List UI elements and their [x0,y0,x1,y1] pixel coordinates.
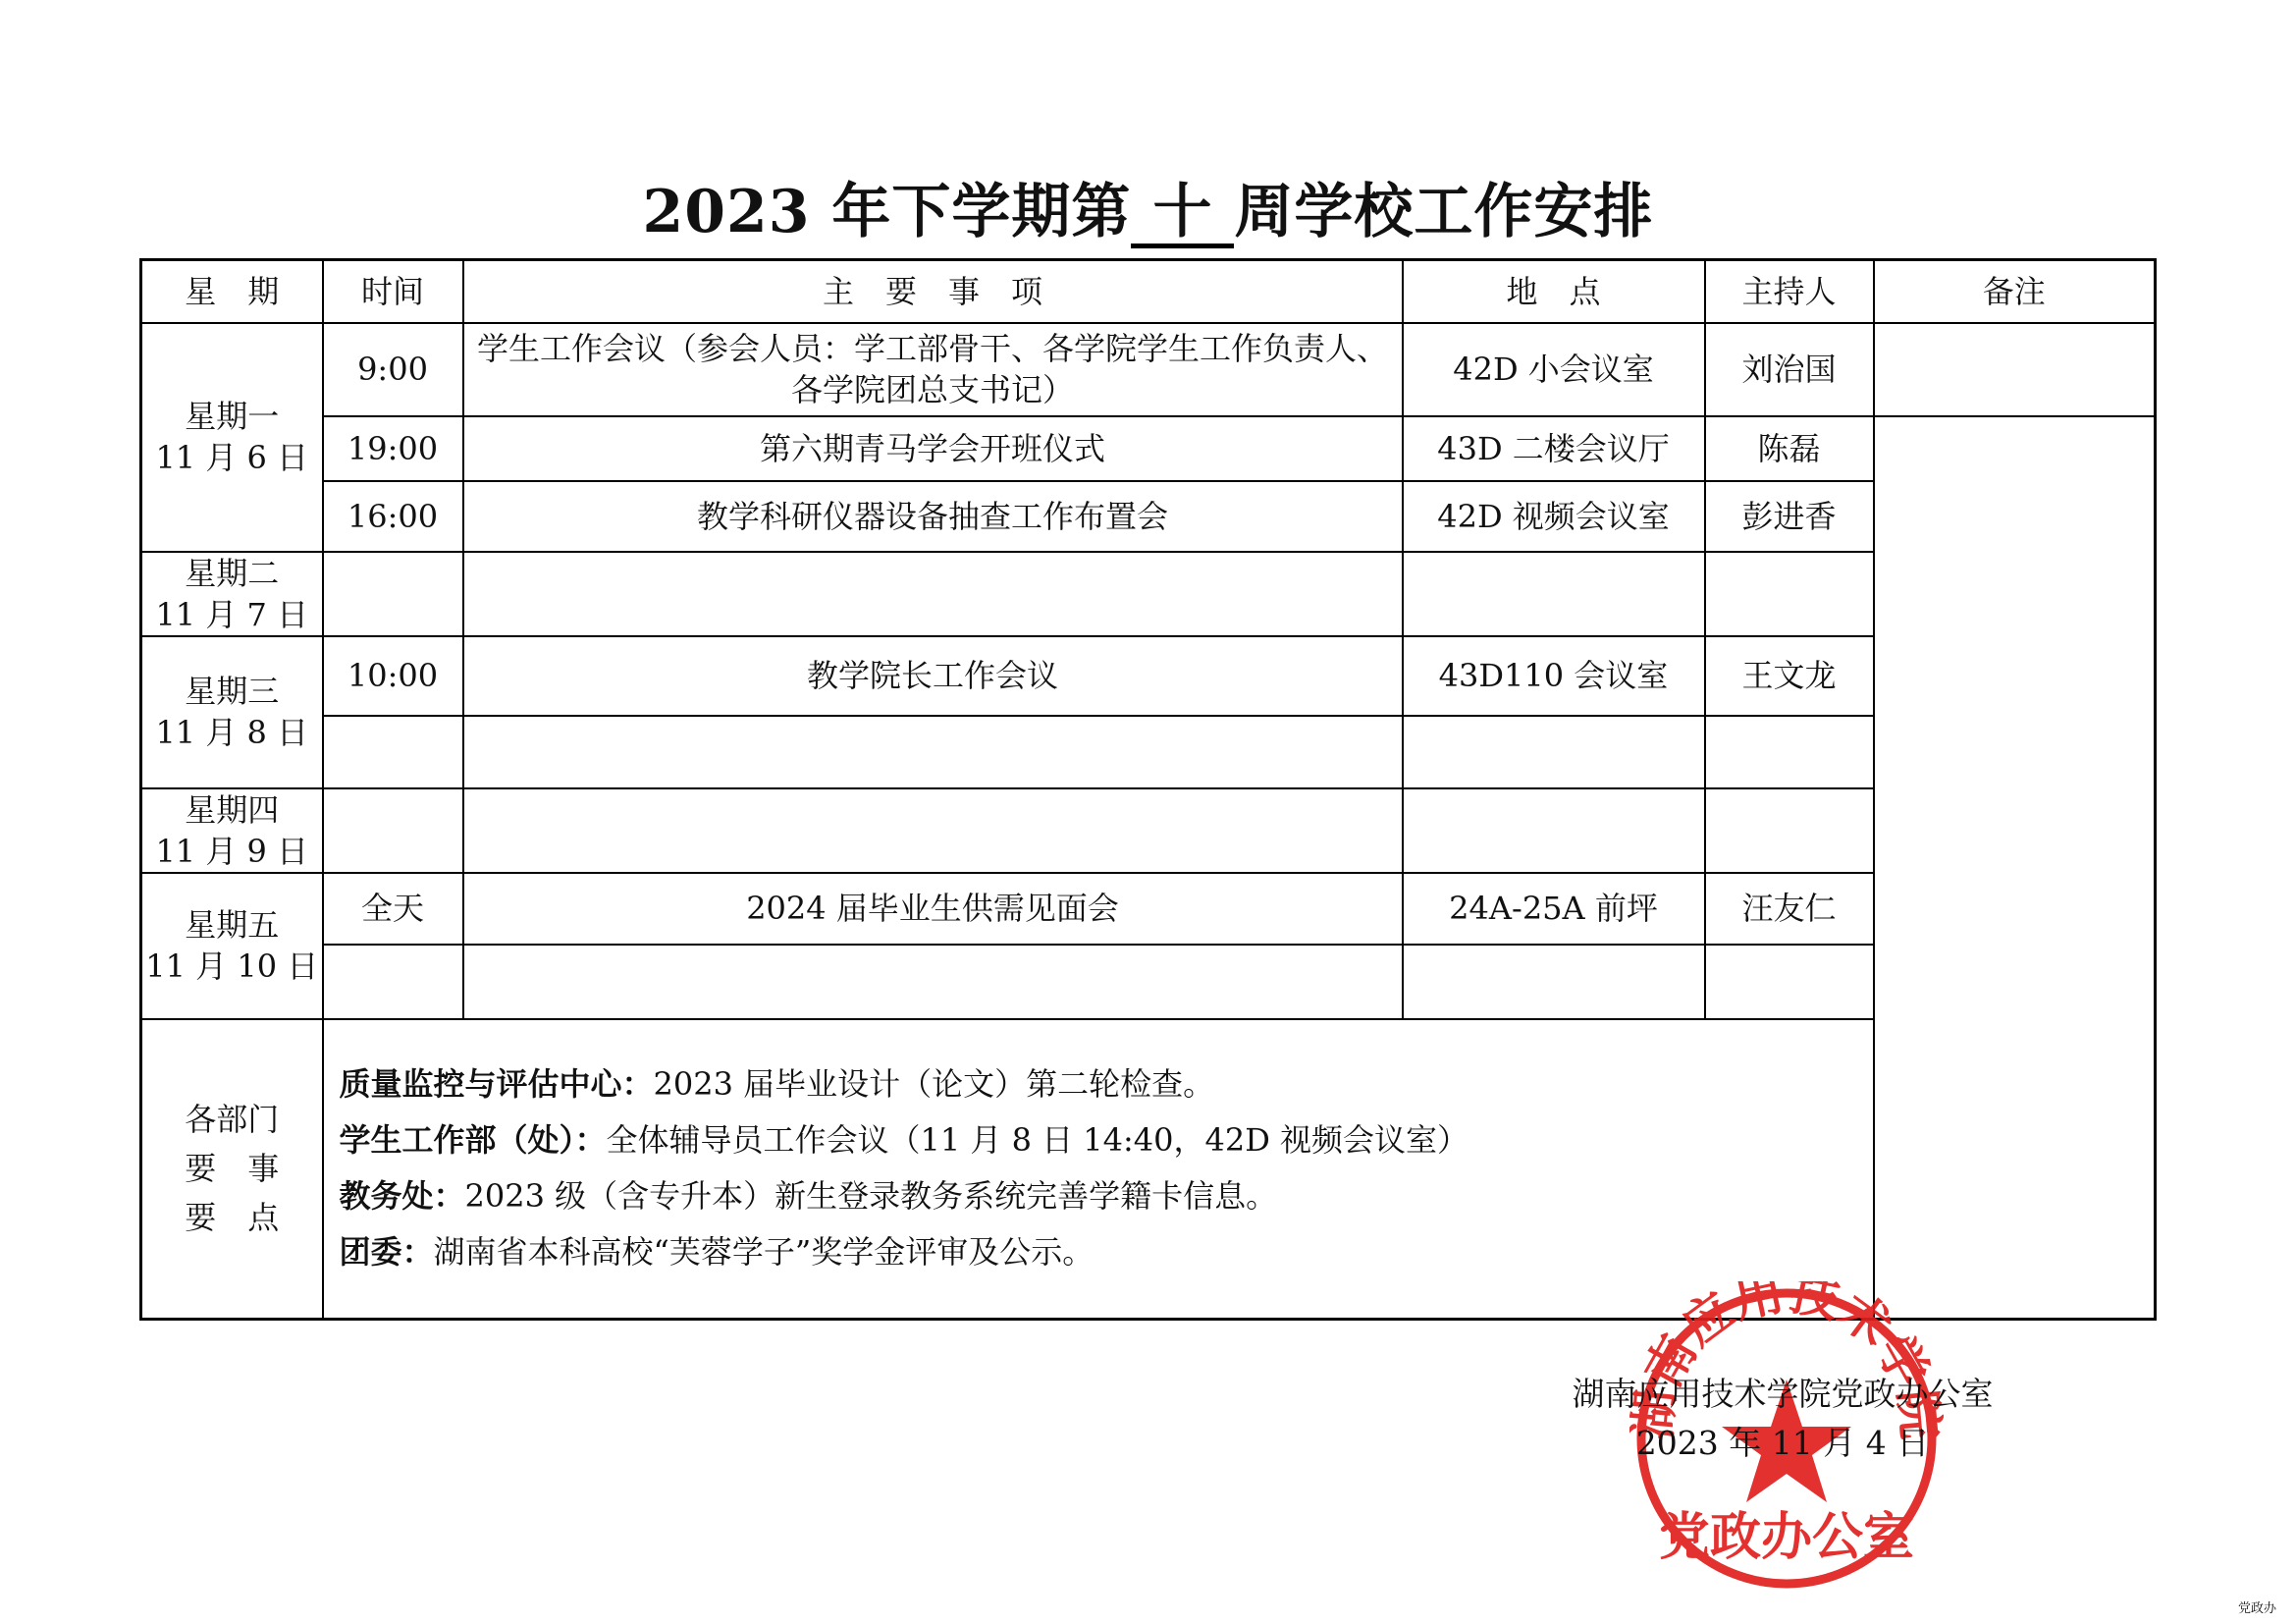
table-row [141,945,2156,1019]
item-cell [463,716,1403,788]
stamp-center-text: 党政办公室 [1659,1508,1914,1567]
time-cell [323,552,463,636]
table-row: 19:00 第六期青马学会开班仪式 43D 二楼会议厅 陈磊 [141,416,2156,481]
time-cell: 19:00 [323,416,463,481]
header-time: 时间 [323,260,463,323]
title-suffix: 周学校工作安排 [1234,178,1653,246]
day-cell-monday: 星期一11 月 6 日 [141,323,323,552]
footer-mark: 党政办 [2238,1597,2276,1616]
header-item: 主 要 事 项 [463,260,1403,323]
host-cell [1705,552,1874,636]
host-cell: 彭进香 [1705,481,1874,552]
header-row: 星 期 时间 主 要 事 项 地 点 主持人 备注 [141,260,2156,323]
location-cell: 42D 小会议室 [1403,323,1705,416]
table-row: 16:00 教学科研仪器设备抽查工作布置会 42D 视频会议室 彭进香 [141,481,2156,552]
time-cell: 全天 [323,873,463,945]
time-cell [323,945,463,1019]
table-row: 星期一11 月 6 日 9:00 学生工作会议（参会人员：学工部骨干、各学院学生… [141,323,2156,416]
notes-row: 各部门 要 事 要 点 质量监控与评估中心：2023 届毕业设计（论文）第二轮检… [141,1019,2156,1320]
host-cell: 王文龙 [1705,636,1874,716]
header-host: 主持人 [1705,260,1874,323]
day-cell-tuesday: 星期二11 月 7 日 [141,552,323,636]
location-cell [1403,788,1705,873]
time-cell: 10:00 [323,636,463,716]
location-cell: 24A-25A 前坪 [1403,873,1705,945]
item-cell: 学生工作会议（参会人员：学工部骨干、各学院学生工作负责人、各学院团总支书记） [463,323,1403,416]
note-line-youth-league: 团委：湖南省本科高校“芙蓉学子”奖学金评审及公示。 [340,1224,2155,1280]
location-cell [1403,552,1705,636]
time-cell: 9:00 [323,323,463,416]
header-note: 备注 [1874,260,2156,323]
day-cell-friday: 星期五11 月 10 日 [141,873,323,1019]
day-cell-thursday: 星期四11 月 9 日 [141,788,323,873]
notes-body: 质量监控与评估中心：2023 届毕业设计（论文）第二轮检查。 学生工作部（处）：… [323,1019,2156,1320]
location-cell: 43D 二楼会议厅 [1403,416,1705,481]
header-location: 地 点 [1403,260,1705,323]
host-cell: 刘治国 [1705,323,1874,416]
title-prefix: 2023 年下学期第 [643,178,1132,246]
item-cell [463,788,1403,873]
time-cell [323,716,463,788]
host-cell [1705,716,1874,788]
note-line-academic-affairs: 教务处：2023 级（含专升本）新生登录教务系统完善学籍卡信息。 [340,1168,2155,1224]
note-line-student-affairs: 学生工作部（处）：全体辅导员工作会议（11 月 8 日 14:40，42D 视频… [340,1112,2155,1168]
note-line-quality: 质量监控与评估中心：2023 届毕业设计（论文）第二轮检查。 [340,1056,2155,1112]
time-cell: 16:00 [323,481,463,552]
schedule-table: 星 期 时间 主 要 事 项 地 点 主持人 备注 星期一11 月 6 日 9:… [139,258,2157,1321]
host-cell: 汪友仁 [1705,873,1874,945]
issue-date: 2023 年 11 月 4 日 [1567,1419,1999,1468]
host-cell [1705,945,1874,1019]
table-row [141,716,2156,788]
item-cell: 第六期青马学会开班仪式 [463,416,1403,481]
note-cell [1874,323,2156,416]
time-cell [323,788,463,873]
item-cell [463,945,1403,1019]
location-cell: 42D 视频会议室 [1403,481,1705,552]
table-row: 星期二11 月 7 日 [141,552,2156,636]
host-cell: 陈磊 [1705,416,1874,481]
day-cell-wednesday: 星期三11 月 8 日 [141,636,323,788]
page-title: 2023 年下学期第十周学校工作安排 [0,165,2296,249]
item-cell: 教学科研仪器设备抽查工作布置会 [463,481,1403,552]
table-row: 星期五11 月 10 日 全天 2024 届毕业生供需见面会 24A-25A 前… [141,873,2156,945]
location-cell [1403,945,1705,1019]
location-cell: 43D110 会议室 [1403,636,1705,716]
host-cell [1705,788,1874,873]
notes-label: 各部门 要 事 要 点 [141,1019,323,1320]
week-number: 十 [1131,181,1234,248]
item-cell: 2024 届毕业生供需见面会 [463,873,1403,945]
table-row: 星期三11 月 8 日 10:00 教学院长工作会议 43D110 会议室 王文… [141,636,2156,716]
table-row: 星期四11 月 9 日 [141,788,2156,873]
item-cell [463,552,1403,636]
item-cell: 教学院长工作会议 [463,636,1403,716]
header-day: 星 期 [141,260,323,323]
signature-block: 湖南应用技术学院党政办公室 2023 年 11 月 4 日 [1567,1370,1999,1468]
location-cell [1403,716,1705,788]
issuer: 湖南应用技术学院党政办公室 [1567,1370,1999,1419]
